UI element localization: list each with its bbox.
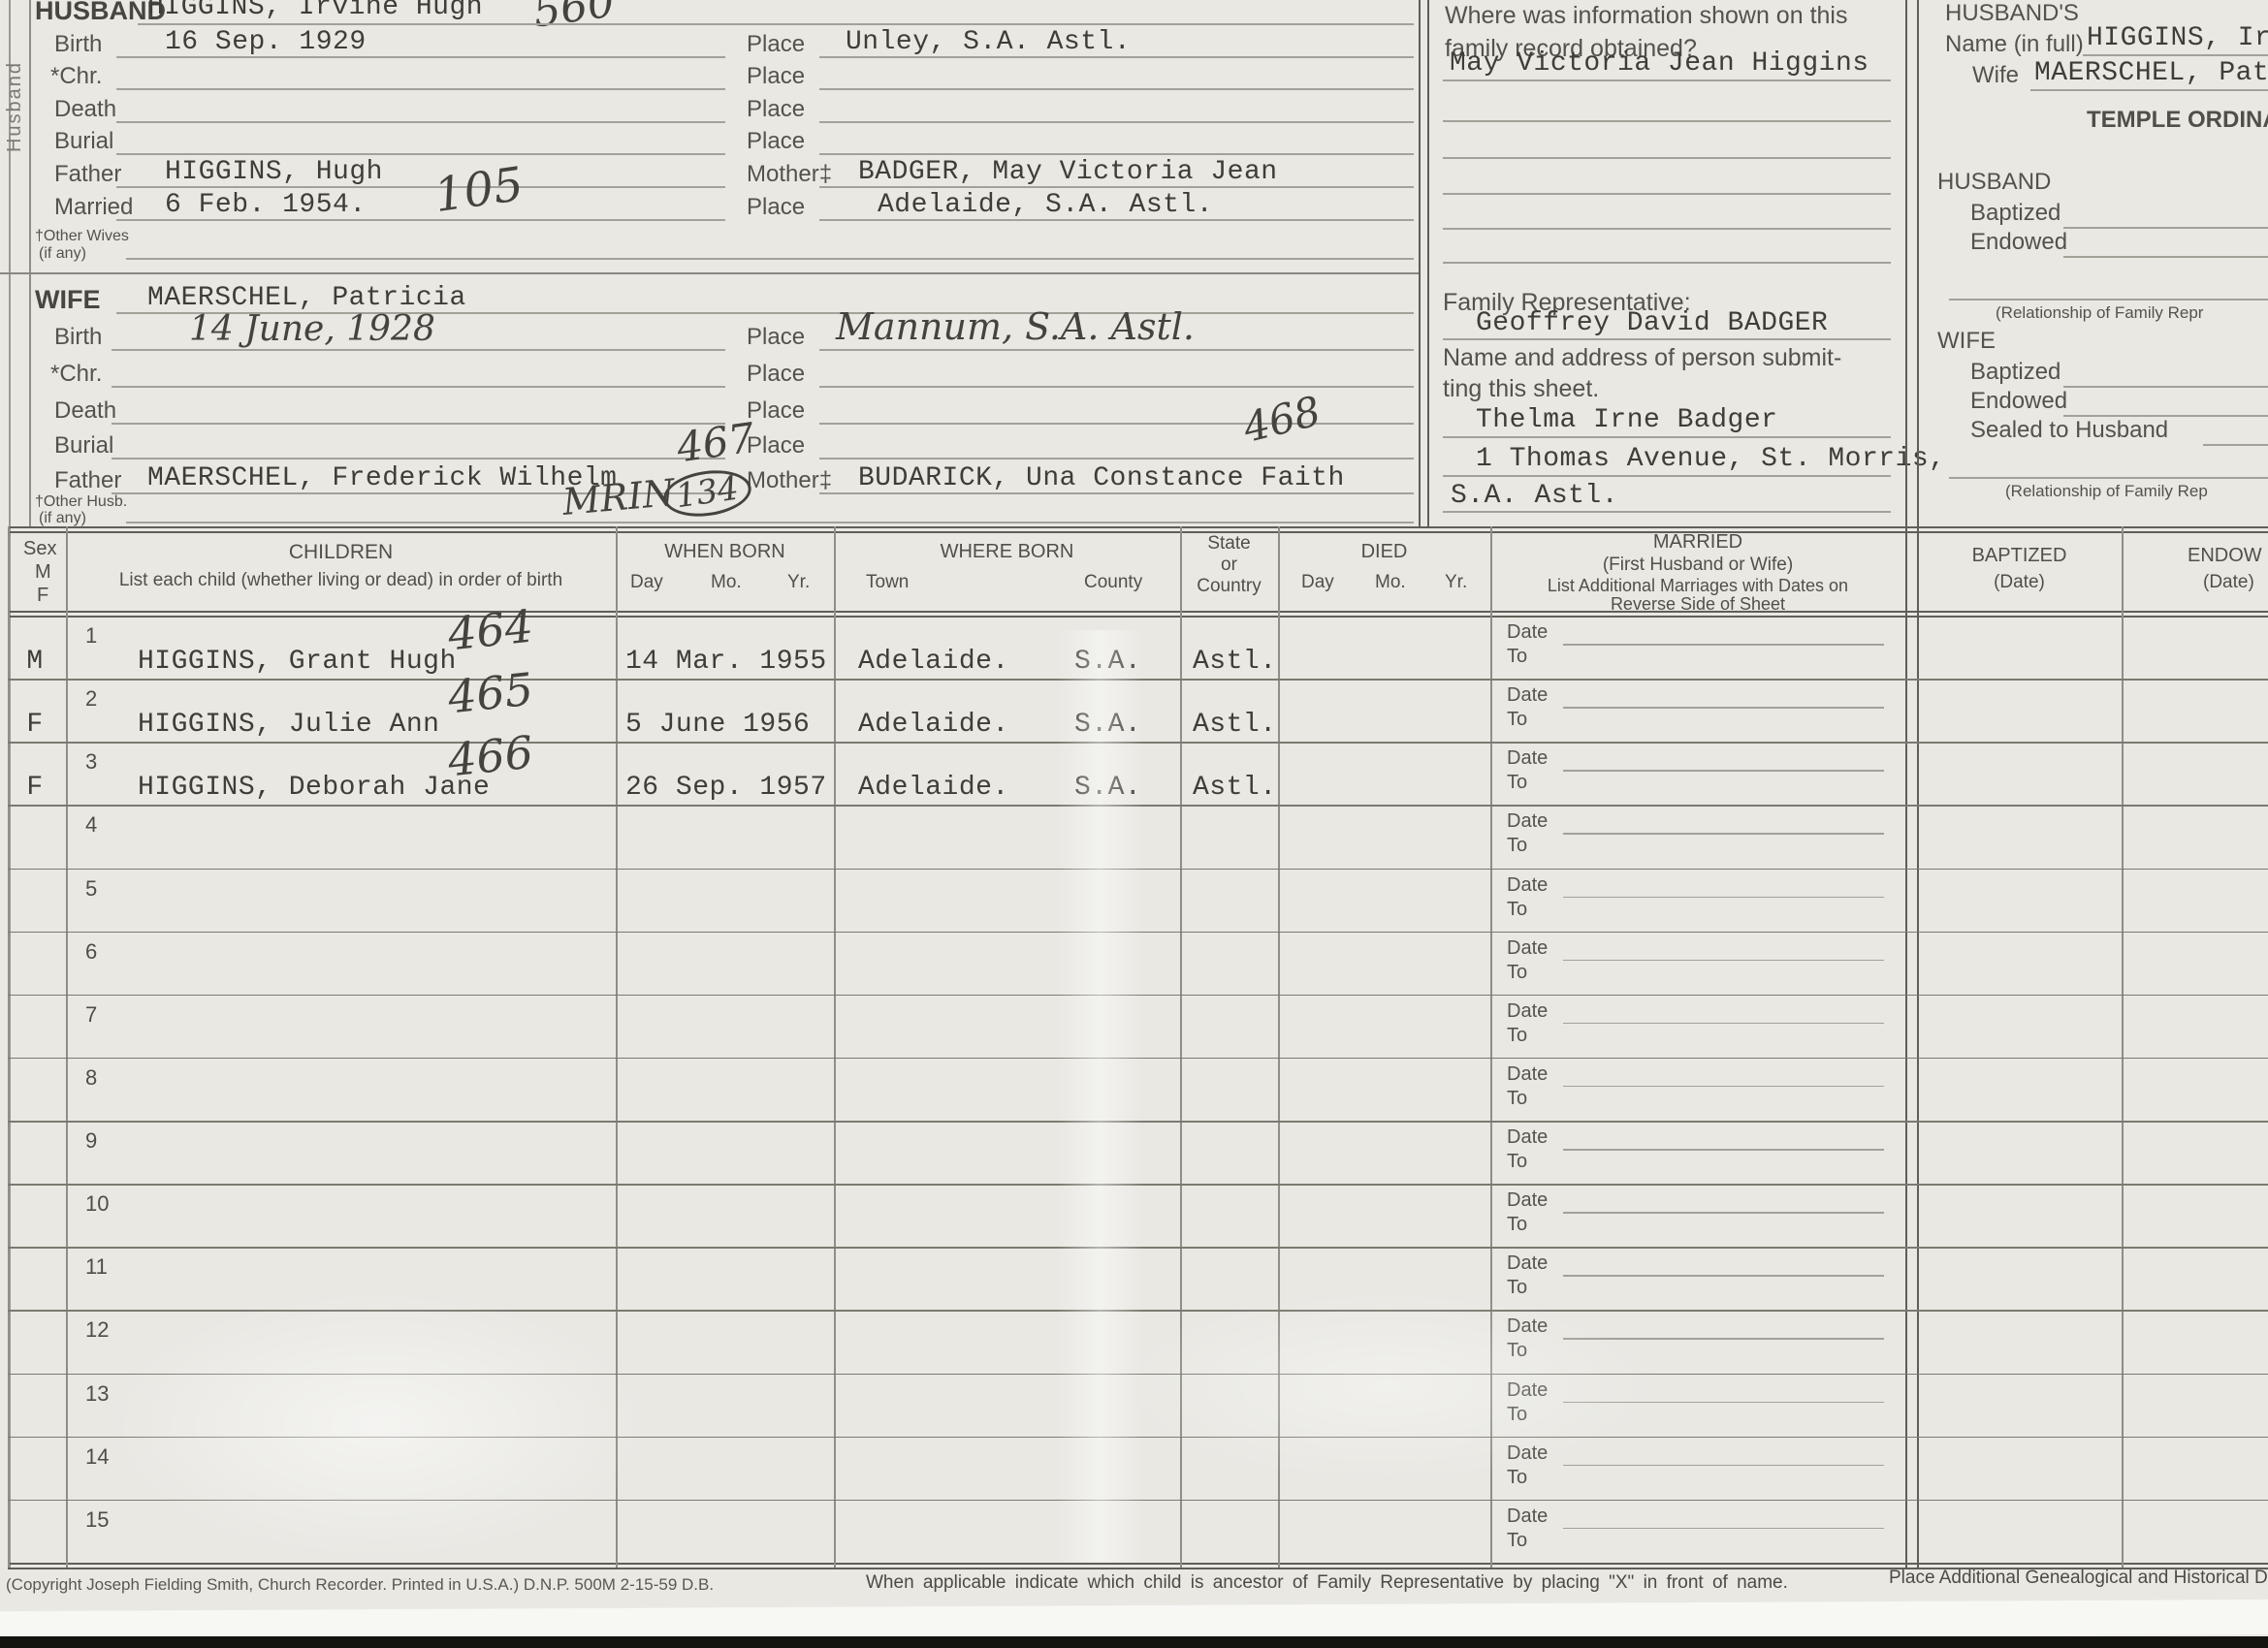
child-born-date: 5 June 1956 <box>625 712 810 739</box>
hdr-wb-day: Day <box>630 572 663 593</box>
hdr-wb-yr: Yr. <box>787 572 810 593</box>
wife-mother-value: BUDARICK, Una Constance Faith <box>858 465 1345 492</box>
field-line <box>2083 54 2268 56</box>
married-date-line <box>1563 1086 1884 1088</box>
wife-father-label: Father <box>54 469 121 492</box>
hdr-sex-m: M <box>35 561 51 584</box>
child-row-number: 4 <box>85 812 97 838</box>
husband-death-label: Death <box>54 98 116 121</box>
hdr-married-sub2: List Additional Marriages with Dates on <box>1490 576 1905 596</box>
row-separator-line <box>8 1310 2268 1312</box>
child-sex: M <box>14 649 56 676</box>
married-to-label: To <box>1507 1025 1527 1047</box>
wife-father-value: MAERSCHEL, Frederick Wilhelm <box>147 465 617 492</box>
field-line <box>2063 227 2268 229</box>
hdr-married-sub1: (First Husband or Wife) <box>1490 555 1905 576</box>
married-date-line <box>1563 707 1884 709</box>
hdr-sex-f: F <box>37 585 48 607</box>
family-rep-name: Geoffrey David BADGER <box>1476 310 1828 337</box>
married-to-label: To <box>1507 899 1527 921</box>
row-separator-line <box>8 1374 2268 1376</box>
row-separator-line <box>8 679 2268 681</box>
hdr-d-mo: Mo. <box>1375 572 1406 593</box>
child-born-date: 26 Sep. 1957 <box>625 775 827 802</box>
field-line <box>819 121 1414 123</box>
field-line <box>1443 436 1891 438</box>
married-date-line <box>1563 1402 1884 1404</box>
husband-burial-place-label: Place <box>747 130 805 153</box>
married-date-label: Date <box>1507 874 1548 897</box>
wife-birth-place-value: Mannum, S.A. Astl. <box>836 308 1195 345</box>
child-number-annotation: 465 <box>446 667 535 720</box>
field-line <box>112 386 725 388</box>
submitter-label-line1: Name and address of person submit- <box>1443 346 1841 370</box>
married-to-label: To <box>1507 1340 1527 1362</box>
hdr-d-day: Day <box>1301 572 1334 593</box>
field-line <box>1443 120 1891 122</box>
child-row-number: 3 <box>85 749 97 775</box>
hdr-children-sub: List each child (whether living or dead)… <box>66 570 616 591</box>
hdr-state2: or <box>1180 555 1278 576</box>
field-line <box>116 56 725 58</box>
husband-name-annotation: 560 <box>530 0 617 35</box>
wife-birth-value: 14 June, 1928 <box>189 312 435 347</box>
husband-mother-value: BADGER, May Victoria Jean <box>858 159 1278 186</box>
info-question-line1: Where was information shown on this <box>1445 4 1847 28</box>
married-date-line <box>1563 1465 1884 1467</box>
hdr-children: CHILDREN <box>66 541 616 564</box>
child-row-number: 14 <box>85 1444 109 1470</box>
rp-name-label: Name (in full) <box>1945 33 2084 56</box>
husband-name: HIGGINS, Irvine Hugh <box>147 0 483 21</box>
child-born-date: 14 Mar. 1955 <box>625 649 827 676</box>
married-to-label: To <box>1507 835 1527 857</box>
field-line <box>819 56 1414 58</box>
field-line <box>2063 386 2268 388</box>
husband-married-place-label: Place <box>747 196 805 219</box>
row-separator-line <box>8 995 2268 997</box>
child-born-town: Adelaide. <box>858 649 1009 676</box>
wife-chr-place-label: Place <box>747 363 805 386</box>
child-row-number: 15 <box>85 1507 109 1533</box>
child-row-number: 11 <box>85 1254 108 1280</box>
field-line <box>112 423 725 425</box>
row-separator-line <box>8 1437 2268 1439</box>
field-line <box>819 349 1414 351</box>
rp-husband-baptized-label: Baptized <box>1970 202 2060 225</box>
married-date-label: Date <box>1507 684 1548 707</box>
row-separator-line <box>8 805 2268 807</box>
child-name: HIGGINS, Deborah Jane <box>138 775 490 802</box>
husband-name-line <box>138 23 1414 25</box>
field-line <box>2030 89 2268 91</box>
child-row-number: 12 <box>85 1317 109 1343</box>
hdr-baptized: BAPTIZED <box>1917 545 2122 567</box>
married-to-label: To <box>1507 1277 1527 1299</box>
row-separator-line <box>8 869 2268 871</box>
child-row-number: 13 <box>85 1381 109 1407</box>
married-to-label: To <box>1507 646 1527 668</box>
footer-instruction: When applicable indicate which child is … <box>866 1573 1788 1592</box>
hdr-where-born: WHERE BORN <box>834 541 1180 563</box>
married-date-line <box>1563 1275 1884 1277</box>
child-born-county: S.A. <box>1074 712 1141 739</box>
husband-married-value: 6 Feb. 1954. <box>165 192 367 219</box>
husband-death-place-label: Place <box>747 98 805 121</box>
husband-married-label: Married <box>54 196 133 219</box>
rp-relationship-caption2: (Relationship of Family Rep <box>2005 483 2208 499</box>
hdr-died: DIED <box>1278 541 1490 563</box>
married-date-line <box>1563 960 1884 962</box>
child-born-county: S.A. <box>1074 649 1141 676</box>
table-top-line <box>8 526 2268 528</box>
hdr-married-sub3: Reverse Side of Sheet <box>1490 594 1905 615</box>
field-line <box>819 219 1414 221</box>
child-number-annotation: 466 <box>446 730 535 783</box>
husband-father-label: Father <box>54 163 121 186</box>
married-date-label: Date <box>1507 1126 1548 1149</box>
hdr-baptized-date: (Date) <box>1917 572 2122 593</box>
row-separator-line <box>8 1184 2268 1186</box>
child-row-number: 5 <box>85 876 97 902</box>
hdr-endowed-date: (Date) <box>2203 572 2254 593</box>
child-name: HIGGINS, Grant Hugh <box>138 649 457 676</box>
rp-husband-ord-label: HUSBAND <box>1937 171 2051 194</box>
child-number-annotation: 464 <box>446 604 535 657</box>
submitter-label-line2: ting this sheet. <box>1443 377 1599 401</box>
child-row-number: 2 <box>85 686 97 712</box>
footer-copyright: (Copyright Joseph Fielding Smith, Church… <box>6 1576 714 1593</box>
table-bottom-line <box>8 1563 2268 1565</box>
wife-chr-label: *Chr. <box>50 363 102 386</box>
married-date-label: Date <box>1507 1315 1548 1338</box>
field-line <box>116 121 725 123</box>
submitter-address2: S.A. Astl. <box>1451 483 1618 510</box>
family-group-record-sheet: Husband HUSBAND HIGGINS, Irvine Hugh 560… <box>0 0 2268 1648</box>
husband-married-annotation: 105 <box>431 161 526 219</box>
row-separator-line <box>8 1500 2268 1502</box>
wife-other-husb-label2: (if any) <box>39 511 86 526</box>
submitter-address1: 1 Thomas Avenue, St. Morris, <box>1476 446 1945 473</box>
married-to-label: To <box>1507 1088 1527 1110</box>
field-line <box>1443 228 1891 230</box>
married-to-label: To <box>1507 709 1527 731</box>
husband-chr-place-label: Place <box>747 65 805 88</box>
married-date-line <box>1563 770 1884 772</box>
married-to-label: To <box>1507 1214 1527 1236</box>
child-row-number: 9 <box>85 1128 97 1154</box>
field-line <box>819 492 1414 494</box>
married-date-label: Date <box>1507 621 1548 644</box>
husband-other-wives-label2: (if any) <box>39 246 86 262</box>
rp-wife-ord-label: WIFE <box>1937 330 1996 353</box>
hdr-sex: Sex <box>23 538 56 560</box>
married-date-line <box>1563 644 1884 646</box>
header-bottom-line <box>8 611 2268 613</box>
row-separator-line <box>8 1247 2268 1249</box>
section-divider <box>0 272 1419 274</box>
married-to-label: To <box>1507 772 1527 794</box>
married-date-line <box>1563 1212 1884 1214</box>
hdr-d-yr: Yr. <box>1445 572 1467 593</box>
married-date-label: Date <box>1507 810 1548 833</box>
child-born-state: Astl. <box>1193 775 1277 802</box>
field-line <box>116 153 725 155</box>
child-born-state: Astl. <box>1193 649 1277 676</box>
child-row-number: 6 <box>85 939 97 965</box>
rp-husbands-label: HUSBAND'S <box>1945 2 2079 25</box>
married-date-label: Date <box>1507 1252 1548 1275</box>
wife-mother-annotation: 468 <box>1239 391 1325 449</box>
married-to-label: To <box>1507 1151 1527 1173</box>
married-date-line <box>1563 833 1884 835</box>
child-born-town: Adelaide. <box>858 775 1009 802</box>
wife-name: MAERSCHEL, Patricia <box>147 285 466 312</box>
married-date-line <box>1563 1528 1884 1530</box>
field-line <box>1443 79 1891 81</box>
field-line <box>112 458 725 460</box>
child-row-number: 7 <box>85 1002 97 1028</box>
field-line <box>1949 477 2268 479</box>
field-line <box>2203 444 2268 446</box>
married-date-label: Date <box>1507 747 1548 770</box>
married-date-line <box>1563 897 1884 899</box>
hdr-married: MARRIED <box>1490 531 1905 554</box>
wife-death-place-label: Place <box>747 399 805 423</box>
field-line <box>819 186 1414 188</box>
married-to-label: To <box>1507 962 1527 984</box>
field-line <box>112 349 725 351</box>
married-date-label: Date <box>1507 937 1548 960</box>
hdr-town: Town <box>866 572 909 593</box>
field-line <box>819 423 1414 425</box>
hdr-county: County <box>1084 572 1142 593</box>
field-line <box>1443 338 1891 340</box>
field-line <box>116 88 725 90</box>
married-date-label: Date <box>1507 1189 1548 1212</box>
field-line <box>116 186 725 188</box>
wife-other-husb-label: †Other Husb. <box>35 494 127 510</box>
rp-name-value: HIGGINS, Ir <box>2087 25 2268 52</box>
field-line <box>126 258 1414 260</box>
field-line <box>819 88 1414 90</box>
field-line <box>1443 511 1891 513</box>
rp-wife-baptized-label: Baptized <box>1970 361 2060 384</box>
field-line <box>819 458 1414 460</box>
rp-sealed-label: Sealed to Husband <box>1970 419 2168 442</box>
wife-birth-label: Birth <box>54 326 102 349</box>
husband-chr-label: *Chr. <box>50 65 102 88</box>
husband-birth-label: Birth <box>54 33 102 56</box>
husband-birth-place-label: Place <box>747 33 805 56</box>
married-date-label: Date <box>1507 1505 1548 1528</box>
rp-husband-endowed-label: Endowed <box>1970 231 2067 254</box>
field-line <box>126 522 1414 523</box>
husband-burial-label: Burial <box>54 130 113 153</box>
submitter-name: Thelma Irne Badger <box>1476 407 1777 434</box>
field-line <box>819 386 1414 388</box>
field-line <box>2063 256 2268 258</box>
row-separator-line <box>8 1121 2268 1123</box>
husband-mother-label: Mother‡ <box>747 163 832 186</box>
husband-birth-place-value: Unley, S.A. Astl. <box>846 29 1131 56</box>
child-born-town: Adelaide. <box>858 712 1009 739</box>
panel-divider-line <box>1419 0 1421 528</box>
child-sex: F <box>14 712 56 739</box>
field-line <box>1443 157 1891 159</box>
married-date-line <box>1563 1149 1884 1151</box>
child-row-number: 1 <box>85 623 97 649</box>
rp-wife-endowed-label: Endowed <box>1970 390 2067 413</box>
child-name: HIGGINS, Julie Ann <box>138 712 439 739</box>
rp-wife-label: Wife <box>1972 64 2019 87</box>
edge-label: Husband <box>5 61 24 152</box>
field-line <box>116 219 725 221</box>
rp-relationship-caption1: (Relationship of Family Repr <box>1996 304 2203 321</box>
field-line <box>1443 193 1891 195</box>
row-separator-line <box>8 932 2268 934</box>
hdr-wb-mo: Mo. <box>711 572 742 593</box>
temple-ordinance-title: TEMPLE ORDINA <box>2087 109 2268 132</box>
married-to-label: To <box>1507 1530 1527 1552</box>
info-answer: May Victoria Jean Higgins <box>1450 50 1869 78</box>
child-born-county: S.A. <box>1074 775 1141 802</box>
wife-death-label: Death <box>54 399 116 423</box>
husband-birth-value: 16 Sep. 1929 <box>165 29 367 56</box>
child-sex: F <box>14 775 56 802</box>
married-to-label: To <box>1507 1404 1527 1426</box>
married-date-line <box>1563 1338 1884 1340</box>
field-line <box>1443 475 1891 477</box>
field-line <box>1949 299 2268 301</box>
wife-father-annotation: 467 <box>674 418 756 469</box>
mrin-label-handwritten: MRIN <box>561 474 677 521</box>
hdr-when-born: WHEN BORN <box>616 541 834 563</box>
hdr-state1: State <box>1180 533 1278 555</box>
hdr-state3: Country <box>1180 576 1278 597</box>
footer-additional-note: Place Additional Genealogical and Histor… <box>1889 1569 2268 1587</box>
married-date-label: Date <box>1507 1063 1548 1086</box>
wife-mother-label: Mother‡ <box>747 469 832 492</box>
form-left-margin-line <box>29 0 31 526</box>
rp-wife-value: MAERSCHEL, Pat <box>2034 60 2268 87</box>
panel-divider-line <box>1427 0 1429 528</box>
child-row-number: 8 <box>85 1065 97 1091</box>
scan-background-bar <box>0 1636 2268 1648</box>
wife-birth-place-label: Place <box>747 326 805 349</box>
married-date-label: Date <box>1507 1379 1548 1402</box>
husband-section-label: HUSBAND <box>35 0 166 24</box>
field-line <box>1443 262 1891 264</box>
wife-burial-label: Burial <box>54 434 113 458</box>
married-to-label: To <box>1507 1467 1527 1489</box>
child-row-number: 10 <box>85 1191 109 1217</box>
husband-father-value: HIGGINS, Hugh <box>165 159 383 186</box>
field-line <box>819 153 1414 155</box>
hdr-endowed: ENDOW <box>2188 545 2262 567</box>
married-date-line <box>1563 1023 1884 1025</box>
children-table-rows: 1DateToMHIGGINS, Grant Hugh46414 Mar. 19… <box>0 616 2268 1563</box>
married-date-label: Date <box>1507 1442 1548 1465</box>
husband-other-wives-label: †Other Wives <box>35 229 129 244</box>
row-separator-line <box>8 1058 2268 1060</box>
table-top-line2 <box>8 531 2268 533</box>
married-date-label: Date <box>1507 1000 1548 1023</box>
husband-married-place-value: Adelaide, S.A. Astl. <box>878 192 1213 219</box>
wife-section-label: WIFE <box>35 287 101 313</box>
row-separator-line <box>8 742 2268 744</box>
child-born-state: Astl. <box>1193 712 1277 739</box>
